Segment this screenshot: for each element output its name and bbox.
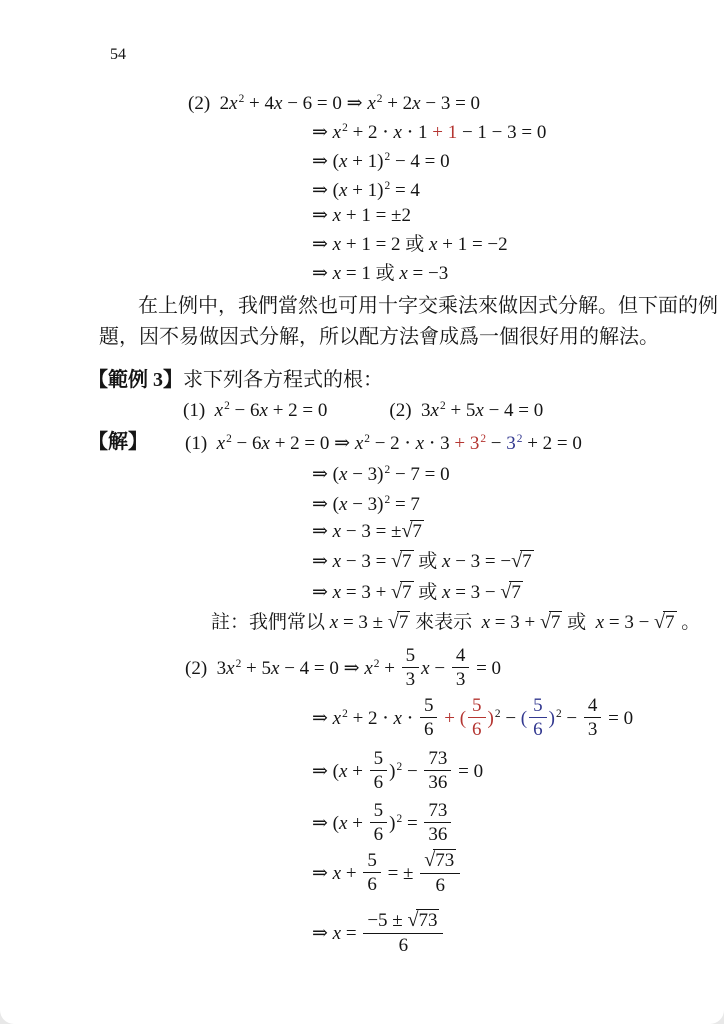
math-line: ⇒ x − 3 = ±√7 <box>312 516 724 547</box>
math-line: ⇒ (x + 1)2 − 4 = 0 <box>312 143 724 172</box>
paragraph-line: 題，因不易做因式分解，所以配方法會成爲一個很好用的解法。 <box>99 322 647 353</box>
math-line: ⇒ (x + 56)2 − 7336 = 0 <box>312 741 724 793</box>
math-line: ⇒ (x + 56)2 = 7336 <box>312 793 724 845</box>
intro-derivation: (2) 2x2 + 4x − 6 = 0 ⇒ x2 + 2x − 3 = 0 ⇒… <box>0 85 724 288</box>
math-line: ⇒ x = 3 + √7 或 x = 3 − √7 <box>312 577 724 608</box>
math-line: ⇒ x2 + 2 ⋅ x ⋅ 1 + 1 − 1 − 3 = 0 <box>312 114 724 143</box>
math-line: ⇒ x = 1 或 x = −3 <box>312 259 724 288</box>
note-line: 註：我們常以 x = 3 ± √7 來表示 x = 3 + √7 或 x = 3… <box>211 605 700 640</box>
math-line: (2) 2x2 + 4x − 6 = 0 ⇒ x2 + 2x − 3 = 0 <box>188 85 724 114</box>
math-line: ⇒ (x − 3)2 − 7 = 0 <box>312 455 724 486</box>
math-line: ⇒ x − 3 = √7 或 x − 3 = −√7 <box>312 546 724 577</box>
problem-1: (1) x2 − 6x + 2 = 0 <box>183 392 327 421</box>
problem-2: (2) 3x2 + 5x − 4 = 0 <box>389 392 543 421</box>
math-line: ⇒ (x − 3)2 = 7 <box>312 485 724 516</box>
example3-heading: 【範例 3】求下列各方程式的根： <box>88 363 383 392</box>
math-line: ⇒ x2 + 2 ⋅ x ⋅ 56 + (56)2 − (56)2 − 43 =… <box>312 687 724 741</box>
math-line: ⇒ x + 1 = 2 或 x + 1 = −2 <box>312 230 724 259</box>
body-paragraph: 在上例中，我們當然也可用十字交乘法來做因式分解。但下面的例 題，因不易做因式分解… <box>99 291 647 353</box>
math-line: (1) x2 − 6x + 2 = 0 ⇒ x2 − 2 ⋅ x ⋅ 3 + 3… <box>185 424 724 455</box>
example3-title: 求下列各方程式的根： <box>183 369 383 391</box>
math-line: ⇒ x + 56 = ± √736 <box>312 845 724 903</box>
math-line: ⇒ x + 1 = ±2 <box>312 201 724 230</box>
solution-part1: 【解】 (1) x2 − 6x + 2 = 0 ⇒ x2 − 2 ⋅ x ⋅ 3… <box>0 424 724 607</box>
math-line: (2) 3x2 + 5x − 4 = 0 ⇒ x2 + 53x − 43 = 0 <box>185 641 724 687</box>
example3-label: 【範例 3】 <box>88 369 183 391</box>
math-line: ⇒ x = −5 ± √736 <box>312 903 724 965</box>
solution-part2: (2) 3x2 + 5x − 4 = 0 ⇒ x2 + 53x − 43 = 0… <box>0 641 724 965</box>
math-line: ⇒ (x + 1)2 = 4 <box>312 172 724 201</box>
solution-label: 【解】 <box>88 425 148 454</box>
problem-list: (1) x2 − 6x + 2 = 0 (2) 3x2 + 5x − 4 = 0 <box>183 392 543 421</box>
paragraph-line: 在上例中，我們當然也可用十字交乘法來做因式分解。但下面的例 <box>99 291 647 322</box>
textbook-page: 54 (2) 2x2 + 4x − 6 = 0 ⇒ x2 + 2x − 3 = … <box>0 0 724 1024</box>
page-number: 54 <box>110 46 126 64</box>
